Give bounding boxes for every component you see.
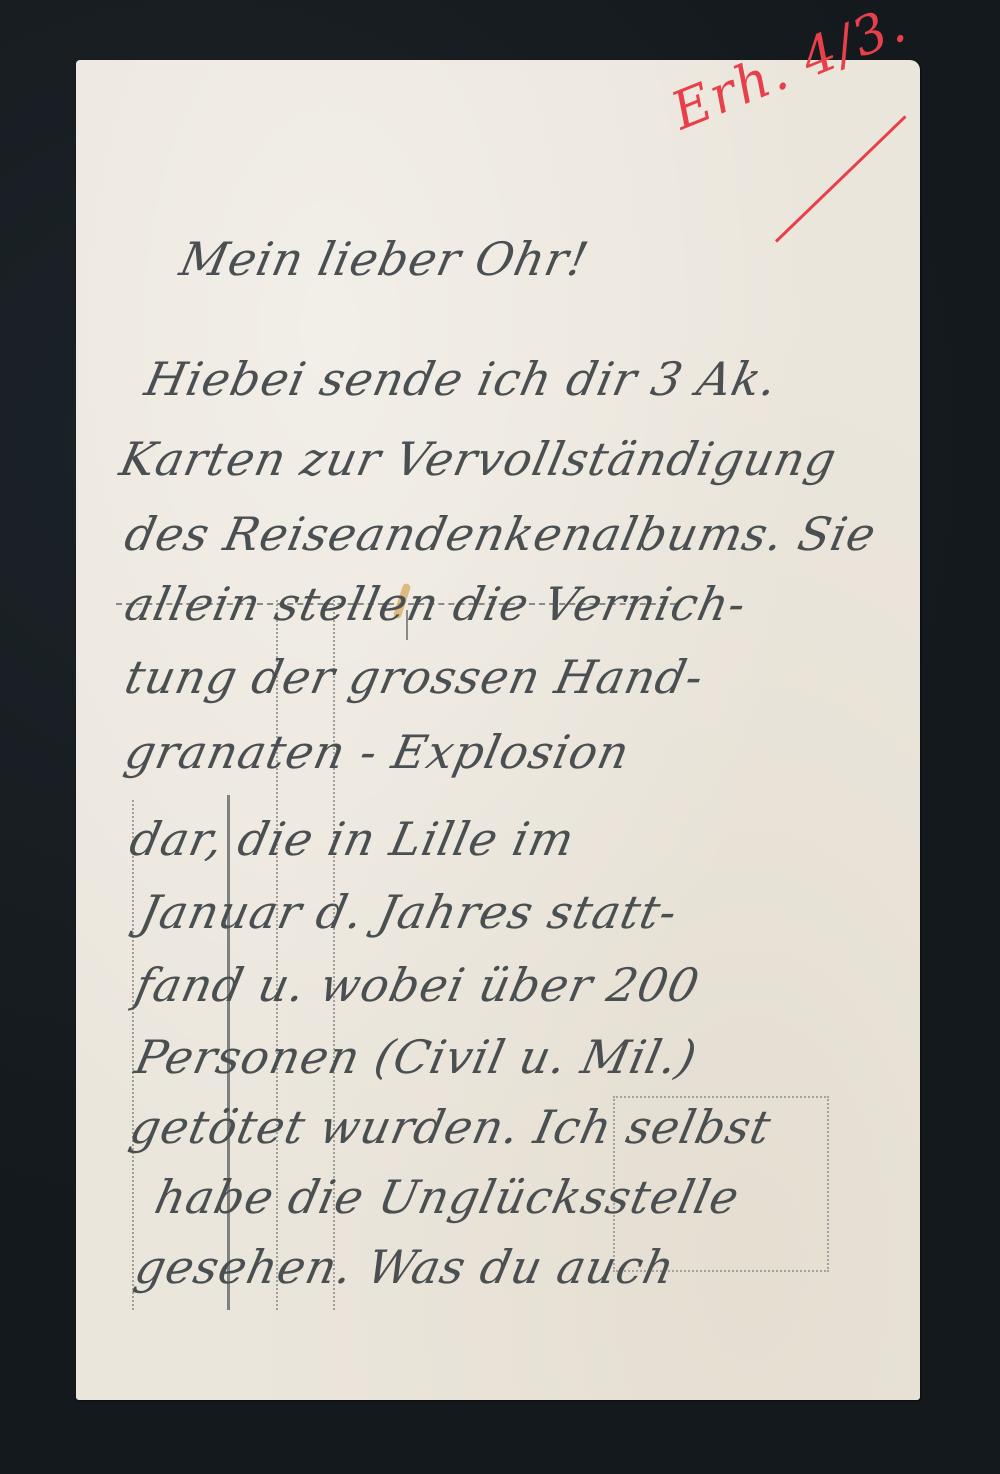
handwritten-line: Mein lieber Ohr! — [70, 232, 1000, 286]
handwritten-line: fand u. wobei über 200 — [70, 958, 985, 1012]
postcard: Erh. 4/3. Mein lieber Ohr! Hiebei sende … — [76, 60, 920, 1400]
handwritten-line: Januar d. Jahres statt- — [70, 885, 990, 939]
handwritten-line: des Reiseandenkenalbums. Sie — [70, 507, 975, 561]
handwritten-line: gesehen. Was du auch — [70, 1240, 985, 1294]
red-annotation: Erh. 4/3. — [664, 0, 916, 142]
handwritten-line: dar, die in Lille im — [70, 812, 980, 866]
handwritten-line: granaten - Explosion — [70, 725, 975, 779]
handwritten-line: habe die Unglücksstelle — [70, 1170, 1000, 1224]
handwritten-line: Hiebei sende ich dir 3 Ak. — [70, 352, 995, 406]
handwritten-line: tung der grossen Hand- — [70, 650, 975, 704]
handwritten-line: Personen (Civil u. Mil.) — [70, 1030, 985, 1084]
handwritten-line: getötet wurden. Ich selbst — [70, 1100, 980, 1154]
handwritten-line: Karten zur Vervollständigung — [70, 432, 970, 486]
handwritten-line: allein stellen die Vernich- — [70, 577, 975, 631]
red-underline-stroke — [775, 115, 907, 242]
